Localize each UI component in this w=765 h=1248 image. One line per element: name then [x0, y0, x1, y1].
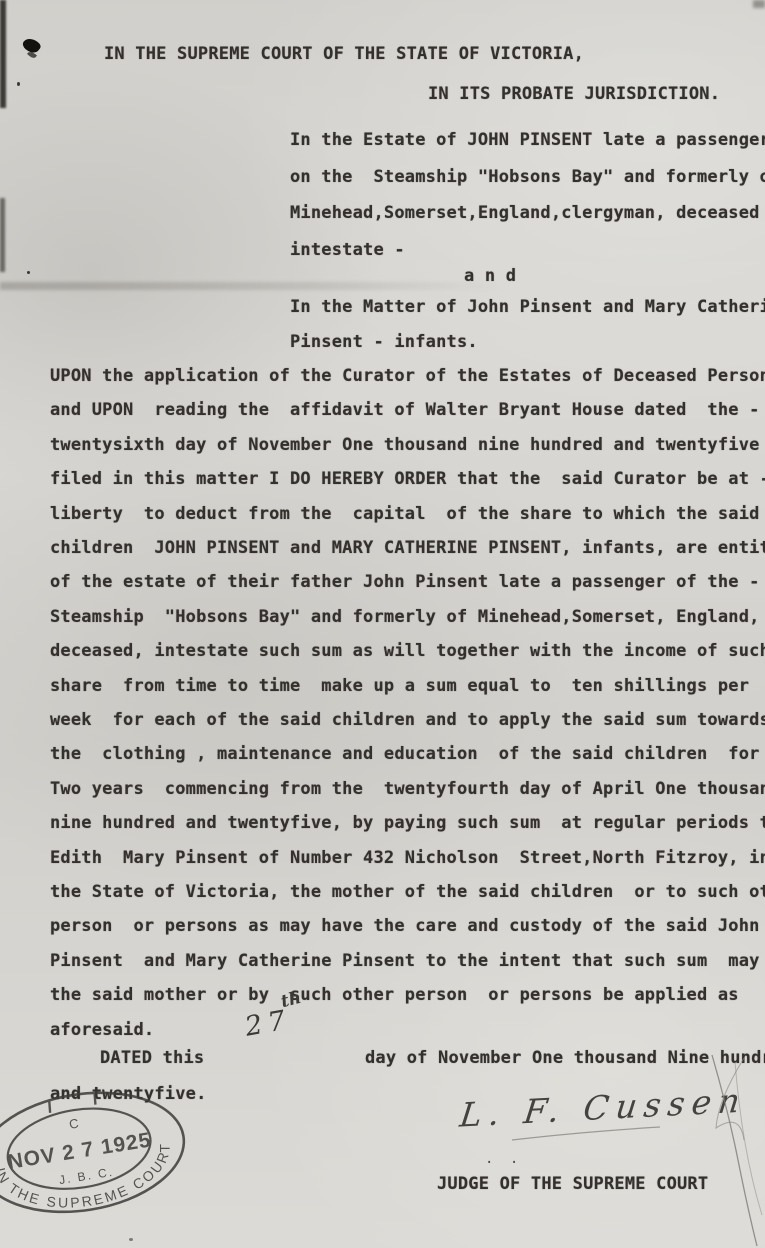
paper-crease	[0, 282, 500, 290]
typed-line: deceased, intestate such sum as will tog…	[50, 641, 765, 661]
typed-line: person or persons as may have the care a…	[50, 916, 760, 936]
stamp-initials: J. B. C.	[58, 1165, 115, 1187]
typed-line-estate: In the Estate of JOHN PINSENT late a pas…	[290, 130, 765, 150]
stamp-tick	[94, 1093, 97, 1105]
court-title: IN THE SUPREME COURT OF THE STATE OF VIC…	[104, 44, 584, 64]
court-order-document-scan: IN THE SUPREME COURT OF THE STATE OF VIC…	[0, 0, 765, 1248]
judge-title: JUDGE OF THE SUPREME COURT	[437, 1174, 708, 1194]
typed-line: share from time to time make up a sum eq…	[50, 676, 749, 696]
stamp-date: NOV 2 7 1925	[6, 1128, 153, 1173]
typed-line: liberty to deduct from the capital of th…	[50, 504, 760, 524]
stamp-tick	[48, 1101, 51, 1113]
scan-edge-artifact	[0, 198, 5, 272]
ink-speck	[129, 1238, 133, 1241]
typed-line: and UPON reading the affidavit of Walter…	[50, 400, 765, 420]
typed-line: children JOHN PINSENT and MARY CATHERINE…	[50, 538, 765, 558]
typed-line: week for each of the said children and t…	[50, 710, 765, 730]
scan-edge-artifact	[0, 0, 6, 108]
typed-line: twentysixth day of November One thousand…	[50, 435, 760, 455]
typed-line: Pinsent and Mary Catherine Pinsent to th…	[50, 951, 765, 971]
jurisdiction-title: IN ITS PROBATE JURISDICTION.	[428, 84, 720, 104]
typed-line-matter: Pinsent - infants.	[290, 332, 478, 352]
typed-line-estate: Minehead,Somerset,England,clergyman, dec…	[290, 203, 765, 223]
stamp-letter: C	[68, 1116, 80, 1132]
typed-line: Edith Mary Pinsent of Number 432 Nichols…	[50, 848, 765, 868]
dated-prefix: DATED this	[100, 1048, 204, 1068]
ink-speck	[17, 82, 20, 86]
ink-blot	[21, 35, 42, 56]
typed-line: of the estate of their father John Pinse…	[50, 572, 765, 592]
typed-line-matter: In the Matter of John Pinsent and Mary C…	[290, 297, 765, 317]
supreme-court-date-stamp: C NOV 2 7 1925 J. B. C. IN THE SUPREME C…	[0, 1069, 207, 1239]
and-separator: a n d	[464, 266, 516, 286]
ink-speck	[27, 271, 30, 274]
typed-line: filed in this matter I DO HEREBY ORDER t…	[50, 469, 765, 489]
typed-line: Steamship "Hobsons Bay" and formerly of …	[50, 607, 760, 627]
pen-dots: . .	[485, 1151, 522, 1167]
typed-line: the State of Victoria, the mother of the…	[50, 882, 765, 902]
scan-edge-artifact	[753, 0, 765, 8]
dated-suffix: day of November One thousand Nine hundre…	[365, 1048, 765, 1068]
typed-line: Two years commencing from the twentyfour…	[50, 779, 765, 799]
typed-line: the clothing , maintenance and education…	[50, 744, 760, 764]
judge-signature: L. F. Cussen	[458, 1080, 749, 1134]
typed-line: nine hundred and twentyfive, by paying s…	[50, 813, 765, 833]
typed-line: UPON the application of the Curator of t…	[50, 366, 765, 386]
typed-line-estate: intestate -	[290, 240, 405, 260]
typed-line: the said mother or by such other person …	[50, 985, 739, 1005]
typed-line-estate: on the Steamship "Hobsons Bay" and forme…	[290, 167, 765, 187]
typed-line: aforesaid.	[50, 1020, 154, 1040]
